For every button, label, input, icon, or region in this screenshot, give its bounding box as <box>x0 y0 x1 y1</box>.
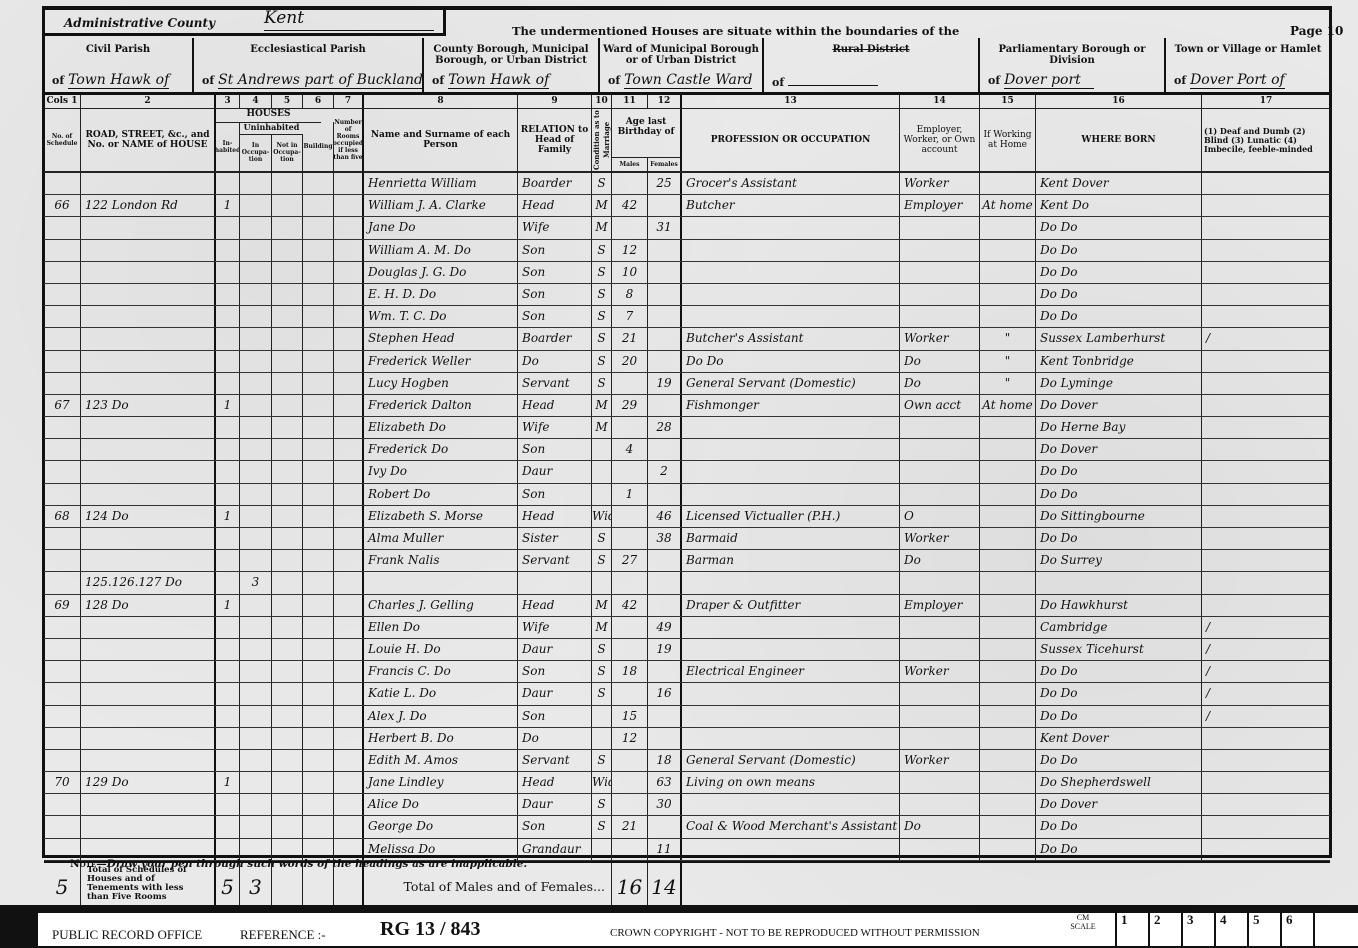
birthplace: Do Sittingbourne <box>1036 506 1202 527</box>
marital-condition: S <box>592 240 612 261</box>
relation-to-head: Head <box>518 506 592 527</box>
blank-cell <box>334 373 364 394</box>
district-ward: Ward of Municipal Borough or of Urban Di… <box>600 38 764 93</box>
age-female: 19 <box>648 373 682 394</box>
schedule-number <box>44 550 81 571</box>
table-row: Frederick DoSon4Do Dover <box>44 439 1330 461</box>
blank-cell <box>334 550 364 571</box>
age-female <box>648 195 682 216</box>
age-male <box>612 373 648 394</box>
table-row: 67123 Do1Frederick DaltonHeadM29Fishmong… <box>44 395 1330 417</box>
schedule-number <box>44 484 81 505</box>
blank-cell <box>334 195 364 216</box>
birthplace: Do Do <box>1036 217 1202 238</box>
road-address <box>81 373 216 394</box>
infirmity <box>1202 306 1330 327</box>
birthplace: Do Dover <box>1036 439 1202 460</box>
copyright-notice: CROWN COPYRIGHT - NOT TO BE REPRODUCED W… <box>610 927 980 939</box>
employment-status <box>900 683 980 704</box>
blank-cell <box>334 484 364 505</box>
marital-condition: S <box>592 351 612 372</box>
header-at-home: If Working at Home <box>980 109 1036 171</box>
age-female: 2 <box>648 461 682 482</box>
inhabited-count <box>216 351 240 372</box>
uninhabited-count <box>240 195 272 216</box>
schedule-number <box>44 572 81 593</box>
age-male <box>612 639 648 660</box>
inhabited-count <box>216 217 240 238</box>
working-at-home: At home <box>980 195 1036 216</box>
working-at-home <box>980 706 1036 727</box>
blank-cell <box>303 550 334 571</box>
blank-cell <box>272 417 303 438</box>
working-at-home <box>980 461 1036 482</box>
blank-cell <box>334 794 364 815</box>
employment-status <box>900 461 980 482</box>
relation-to-head: Servant <box>518 373 592 394</box>
infirmity <box>1202 506 1330 527</box>
marital-condition: S <box>592 528 612 549</box>
blank-cell <box>272 550 303 571</box>
inhabited-count <box>216 728 240 749</box>
office-label: PUBLIC RECORD OFFICE <box>52 927 202 943</box>
person-name: Melissa Do <box>364 839 518 860</box>
marital-condition: S <box>592 262 612 283</box>
employment-status <box>900 839 980 860</box>
blank-cell <box>303 506 334 527</box>
employment-status: Employer <box>900 195 980 216</box>
table-row: Alice DoDaurS30Do Dover <box>44 794 1330 816</box>
age-female <box>648 484 682 505</box>
occupation: Draper & Outfitter <box>682 595 900 616</box>
district-parliamentary-borough: Parliamentary Borough or Division ofDove… <box>980 38 1166 93</box>
age-male: 42 <box>612 595 648 616</box>
employment-status <box>900 484 980 505</box>
blank-cell <box>272 461 303 482</box>
occupation: Do Do <box>682 351 900 372</box>
district-county-borough: County Borough, Municipal Borough, or Ur… <box>424 38 600 93</box>
working-at-home <box>980 750 1036 771</box>
header-occupation: PROFESSION OR OCCUPATION <box>682 109 900 171</box>
person-name: William J. A. Clarke <box>364 195 518 216</box>
blank-cell <box>303 528 334 549</box>
blank-cell <box>334 750 364 771</box>
infirmity <box>1202 461 1330 482</box>
road-address <box>81 417 216 438</box>
header-name: Name and Surname of each Person <box>364 109 518 171</box>
person-name <box>364 572 518 593</box>
relation-to-head: Head <box>518 595 592 616</box>
inhabited-count: 1 <box>216 195 240 216</box>
blank-cell <box>303 661 334 682</box>
infirmity <box>1202 284 1330 305</box>
uninhabited-count <box>240 706 272 727</box>
age-female <box>648 306 682 327</box>
age-male <box>612 683 648 704</box>
table-row: 68124 Do1Elizabeth S. MorseHeadWid46Lice… <box>44 506 1330 528</box>
table-row: Frank NalisServantS27BarmanDoDo Surrey <box>44 550 1330 572</box>
table-row: 66122 London Rd1William J. A. ClarkeHead… <box>44 195 1330 217</box>
table-row: Elizabeth DoWifeM28Do Herne Bay <box>44 417 1330 439</box>
blank-cell <box>334 328 364 349</box>
blank-cell <box>303 639 334 660</box>
working-at-home: At home <box>980 395 1036 416</box>
blank-cell <box>272 484 303 505</box>
table-row: 70129 Do1Jane LindleyHeadWid63Living on … <box>44 772 1330 794</box>
inhabited-count: 1 <box>216 395 240 416</box>
header-infirmity: (1) Deaf and Dumb (2) Blind (3) Lunatic … <box>1202 109 1330 171</box>
blank-cell <box>272 728 303 749</box>
reference-label: REFERENCE :- <box>240 927 326 943</box>
age-female <box>648 728 682 749</box>
inhabited-count <box>216 706 240 727</box>
blank-cell <box>334 683 364 704</box>
inhabited-count <box>216 417 240 438</box>
infirmity <box>1202 772 1330 793</box>
age-female <box>648 240 682 261</box>
blank-cell <box>334 173 364 194</box>
working-at-home <box>980 528 1036 549</box>
relation-to-head: Son <box>518 240 592 261</box>
working-at-home <box>980 439 1036 460</box>
schedule-number <box>44 794 81 815</box>
relation-to-head: Servant <box>518 550 592 571</box>
relation-to-head: Daur <box>518 461 592 482</box>
blank-cell <box>334 240 364 261</box>
marital-condition: S <box>592 306 612 327</box>
road-address <box>81 262 216 283</box>
schedule-number <box>44 351 81 372</box>
blank-cell <box>334 572 364 593</box>
table-row: 125.126.127 Do3 <box>44 572 1330 594</box>
uninhabited-count <box>240 683 272 704</box>
blank-cell <box>303 328 334 349</box>
district-civil-parish: Civil Parish ofTown Hawk of <box>44 38 194 93</box>
blank-cell <box>334 595 364 616</box>
inhabited-count <box>216 839 240 860</box>
age-male: 8 <box>612 284 648 305</box>
blank-cell <box>334 639 364 660</box>
table-row: Ellen DoWifeM49Cambridge/ <box>44 617 1330 639</box>
inhabited-count <box>216 639 240 660</box>
occupation <box>682 617 900 638</box>
header-males: Males <box>612 157 648 171</box>
age-male: 21 <box>612 816 648 837</box>
birthplace: Do Do <box>1036 528 1202 549</box>
blank-cell <box>272 772 303 793</box>
schedule-number <box>44 461 81 482</box>
column-numbers: Cols 1 2 3 4 5 6 7 8 9 10 11 12 13 14 15… <box>44 95 1330 109</box>
inhabited-count <box>216 617 240 638</box>
employment-status <box>900 284 980 305</box>
occupation: Barman <box>682 550 900 571</box>
inhabited-count <box>216 750 240 771</box>
header-employer: Employer, Worker, or Own account <box>900 109 980 171</box>
age-female: 11 <box>648 839 682 860</box>
blank-cell <box>272 639 303 660</box>
infirmity: / <box>1202 639 1330 660</box>
inhabited-count <box>216 240 240 261</box>
age-male: 12 <box>612 240 648 261</box>
uninhabited-count <box>240 439 272 460</box>
blank-cell <box>334 284 364 305</box>
employment-status <box>900 639 980 660</box>
working-at-home <box>980 617 1036 638</box>
age-male: 1 <box>612 484 648 505</box>
person-name: Elizabeth S. Morse <box>364 506 518 527</box>
age-male: 7 <box>612 306 648 327</box>
road-address <box>81 794 216 815</box>
person-name: Frederick Dalton <box>364 395 518 416</box>
working-at-home <box>980 484 1036 505</box>
infirmity <box>1202 173 1330 194</box>
person-name: Edith M. Amos <box>364 750 518 771</box>
schedule-number: 70 <box>44 772 81 793</box>
column-headers: HOUSES Uninhabited No. of Schedule ROAD,… <box>44 109 1330 173</box>
table-row: George DoSonS21Coal & Wood Merchant's As… <box>44 816 1330 838</box>
schedule-number <box>44 240 81 261</box>
birthplace: Do Dover <box>1036 395 1202 416</box>
relation-to-head: Son <box>518 484 592 505</box>
road-address <box>81 217 216 238</box>
schedule-number: 66 <box>44 195 81 216</box>
relation-to-head: Son <box>518 284 592 305</box>
header-condition: Condition as to Marriage <box>592 109 612 171</box>
scale-mark-1: 1 <box>1115 910 1148 946</box>
blank-cell <box>334 617 364 638</box>
working-at-home <box>980 794 1036 815</box>
age-male <box>612 750 648 771</box>
occupation <box>682 794 900 815</box>
person-name: Jane Do <box>364 217 518 238</box>
marital-condition: S <box>592 550 612 571</box>
road-address <box>81 439 216 460</box>
age-male: 4 <box>612 439 648 460</box>
uninhabited-count <box>240 373 272 394</box>
blank-cell <box>303 395 334 416</box>
inhabited-count <box>216 262 240 283</box>
schedule-number <box>44 417 81 438</box>
blank-cell <box>334 262 364 283</box>
birthplace: Do Do <box>1036 816 1202 837</box>
occupation <box>682 461 900 482</box>
marital-condition: Wid <box>592 772 612 793</box>
working-at-home <box>980 284 1036 305</box>
infirmity <box>1202 839 1330 860</box>
birthplace: Do Do <box>1036 683 1202 704</box>
schedule-number <box>44 284 81 305</box>
marital-condition <box>592 484 612 505</box>
inhabited-count <box>216 683 240 704</box>
blank-cell <box>303 439 334 460</box>
age-male <box>612 417 648 438</box>
marital-condition <box>592 439 612 460</box>
table-row: Wm. T. C. DoSonS7Do Do <box>44 306 1330 328</box>
road-address <box>81 461 216 482</box>
age-female <box>648 351 682 372</box>
uninhabited-count <box>240 217 272 238</box>
district-town-village: Town or Village or Hamlet ofDover Port o… <box>1166 38 1330 93</box>
blank-cell <box>334 706 364 727</box>
uninhabited-count <box>240 772 272 793</box>
blank-cell <box>303 284 334 305</box>
birthplace: Do Do <box>1036 284 1202 305</box>
table-row: Edith M. AmosServantS18General Servant (… <box>44 750 1330 772</box>
employment-status: O <box>900 506 980 527</box>
administrative-county-value: Kent <box>264 8 434 31</box>
age-male <box>612 617 648 638</box>
blank-cell <box>334 772 364 793</box>
marital-condition: S <box>592 373 612 394</box>
blank-cell <box>303 595 334 616</box>
table-row: 69128 Do1Charles J. GellingHeadM42Draper… <box>44 595 1330 617</box>
uninhabited-count <box>240 839 272 860</box>
relation-to-head: Son <box>518 306 592 327</box>
blank-cell <box>272 794 303 815</box>
blank-cell <box>303 373 334 394</box>
schedule-number <box>44 839 81 860</box>
working-at-home <box>980 217 1036 238</box>
road-address: 125.126.127 Do <box>81 572 216 593</box>
header-schedule-no: No. of Schedule <box>44 109 81 171</box>
relation-to-head: Head <box>518 772 592 793</box>
person-name: Douglas J. G. Do <box>364 262 518 283</box>
schedule-number <box>44 706 81 727</box>
infirmity: / <box>1202 328 1330 349</box>
person-name: Francis C. Do <box>364 661 518 682</box>
person-name: Charles J. Gelling <box>364 595 518 616</box>
road-address <box>81 484 216 505</box>
road-address: 124 Do <box>81 506 216 527</box>
table-row: Douglas J. G. DoSonS10Do Do <box>44 262 1330 284</box>
schedule-number <box>44 617 81 638</box>
occupation <box>682 484 900 505</box>
table-row: Louie H. DoDaurS19Sussex Ticehurst/ <box>44 639 1330 661</box>
person-name: Frederick Do <box>364 439 518 460</box>
person-name: Lucy Hogben <box>364 373 518 394</box>
birthplace: Do Do <box>1036 262 1202 283</box>
road-address <box>81 550 216 571</box>
age-female: 31 <box>648 217 682 238</box>
road-address <box>81 661 216 682</box>
birthplace: Do Dover <box>1036 794 1202 815</box>
occupation <box>682 639 900 660</box>
blank-cell <box>272 506 303 527</box>
employment-status <box>900 706 980 727</box>
infirmity <box>1202 195 1330 216</box>
uninhabited-count <box>240 728 272 749</box>
scale-mark-2: 2 <box>1148 910 1181 946</box>
age-female <box>648 572 682 593</box>
person-name: Robert Do <box>364 484 518 505</box>
relation-to-head: Son <box>518 661 592 682</box>
table-row: Francis C. DoSonS18Electrical EngineerWo… <box>44 661 1330 683</box>
uninhabited-count <box>240 328 272 349</box>
person-name: Henrietta William <box>364 173 518 194</box>
person-name: William A. M. Do <box>364 240 518 261</box>
blank-cell <box>303 217 334 238</box>
infirmity <box>1202 417 1330 438</box>
blank-cell <box>303 706 334 727</box>
age-male <box>612 461 648 482</box>
birthplace <box>1036 572 1202 593</box>
inhabited-count <box>216 528 240 549</box>
inhabited-count <box>216 816 240 837</box>
infirmity <box>1202 395 1330 416</box>
age-male <box>612 506 648 527</box>
age-female <box>648 328 682 349</box>
blank-cell <box>303 262 334 283</box>
blank-cell <box>334 395 364 416</box>
uninhabited-count <box>240 639 272 660</box>
age-female <box>648 439 682 460</box>
working-at-home <box>980 639 1036 660</box>
occupation: Fishmonger <box>682 395 900 416</box>
road-address <box>81 328 216 349</box>
blank-cell <box>334 661 364 682</box>
relation-to-head: Head <box>518 395 592 416</box>
blank-cell <box>303 617 334 638</box>
header-road: ROAD, STREET, &c., and No. or NAME of HO… <box>81 109 216 171</box>
administrative-county-label: Administrative County <box>64 16 215 30</box>
birthplace: Do Do <box>1036 661 1202 682</box>
blank-cell <box>272 373 303 394</box>
blank-cell <box>272 816 303 837</box>
working-at-home <box>980 262 1036 283</box>
employment-status: Worker <box>900 661 980 682</box>
schedule-number <box>44 262 81 283</box>
road-address <box>81 240 216 261</box>
working-at-home <box>980 816 1036 837</box>
blank-cell <box>272 195 303 216</box>
occupation: Grocer's Assistant <box>682 173 900 194</box>
infirmity: / <box>1202 683 1330 704</box>
inhabited-count: 1 <box>216 595 240 616</box>
relation-to-head: Daur <box>518 639 592 660</box>
uninhabited-count <box>240 794 272 815</box>
infirmity <box>1202 572 1330 593</box>
person-name: Elizabeth Do <box>364 417 518 438</box>
birthplace: Do Surrey <box>1036 550 1202 571</box>
infirmity <box>1202 484 1330 505</box>
schedule-number <box>44 328 81 349</box>
blank-cell <box>272 661 303 682</box>
uninhabited-count <box>240 351 272 372</box>
person-name: Ivy Do <box>364 461 518 482</box>
uninhabited-count <box>240 816 272 837</box>
blank-cell <box>303 306 334 327</box>
schedule-number <box>44 439 81 460</box>
marital-condition: M <box>592 617 612 638</box>
birthplace: Kent Tonbridge <box>1036 351 1202 372</box>
inhabited-count <box>216 439 240 460</box>
inhabited-count: 1 <box>216 506 240 527</box>
road-address <box>81 617 216 638</box>
occupation: General Servant (Domestic) <box>682 373 900 394</box>
occupation <box>682 728 900 749</box>
relation-to-head: Daur <box>518 683 592 704</box>
age-female <box>648 595 682 616</box>
birthplace: Kent Do <box>1036 195 1202 216</box>
person-name: Frank Nalis <box>364 550 518 571</box>
blank-cell <box>272 706 303 727</box>
schedule-number <box>44 173 81 194</box>
administrative-county-box: Administrative County Kent <box>44 6 446 36</box>
blank-cell <box>272 240 303 261</box>
table-row: Stephen HeadBoarderS21Butcher's Assistan… <box>44 328 1330 350</box>
uninhabited-count <box>240 417 272 438</box>
uninhabited-count <box>240 395 272 416</box>
